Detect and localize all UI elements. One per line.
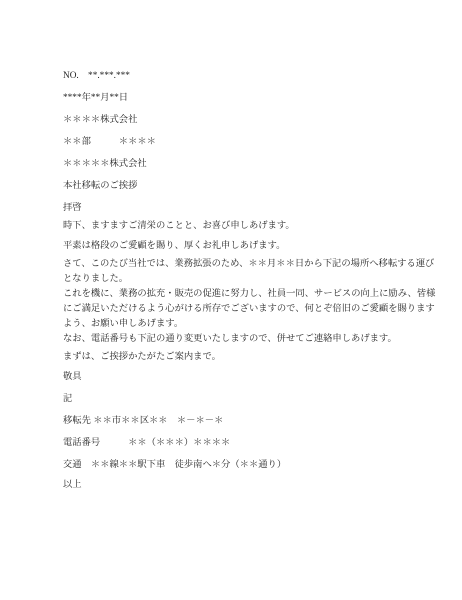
body-paragraph-6: まずは、ご挨拶かたがたご案内まで。: [63, 350, 453, 365]
doc-number: NO. **.***.***: [63, 69, 453, 84]
salutation-open: 拝啓: [63, 201, 453, 216]
recipient-company: ＊＊＊＊株式会社: [63, 113, 453, 128]
sender-company: ＊＊＊＊＊株式会社: [63, 157, 453, 172]
recipient-department: ＊＊部 ＊＊＊＊: [63, 135, 453, 150]
access-line: 交通 ＊＊線＊＊駅下車 徒歩南へ＊分（＊＊通り）: [63, 458, 453, 473]
letter-title: 本社移転のご挨拶: [63, 179, 453, 194]
body-paragraph-1: 時下、ますますご清栄のことと、お喜び申しあげます。: [63, 219, 453, 234]
relocation-address-line: 移転先 ＊＊市＊＊区＊＊ ＊－＊－＊: [63, 414, 453, 429]
phone-number-line: 電話番号 ＊＊（＊＊＊）＊＊＊＊: [63, 436, 453, 451]
body-paragraph-5: なお、電話番号も下記の通り変更いたしますので、併せてご連絡申しあげます。: [63, 332, 453, 347]
notice-marker: 記: [63, 392, 453, 407]
date-line: ****年**月**日: [63, 91, 453, 106]
end-marker: 以上: [63, 478, 453, 493]
salutation-close: 敬具: [63, 370, 453, 385]
body-paragraph-4: これを機に、業務の拡充・販売の促進に努力し、社員一同、サービスの向上に励み、皆様…: [63, 287, 453, 332]
letter-content: NO. **.***.*** ****年**月**日 ＊＊＊＊株式会社 ＊＊部 …: [63, 69, 453, 493]
body-paragraph-2: 平素は格段のご愛顧を賜り、厚くお礼申しあげます。: [63, 239, 453, 254]
body-paragraph-3: さて、このたび当社では、業務拡張のため、＊＊月＊＊日から下記の場所へ移転する運び…: [63, 257, 453, 287]
letter-page: NO. **.***.*** ****年**月**日 ＊＊＊＊株式会社 ＊＊部 …: [0, 0, 462, 600]
